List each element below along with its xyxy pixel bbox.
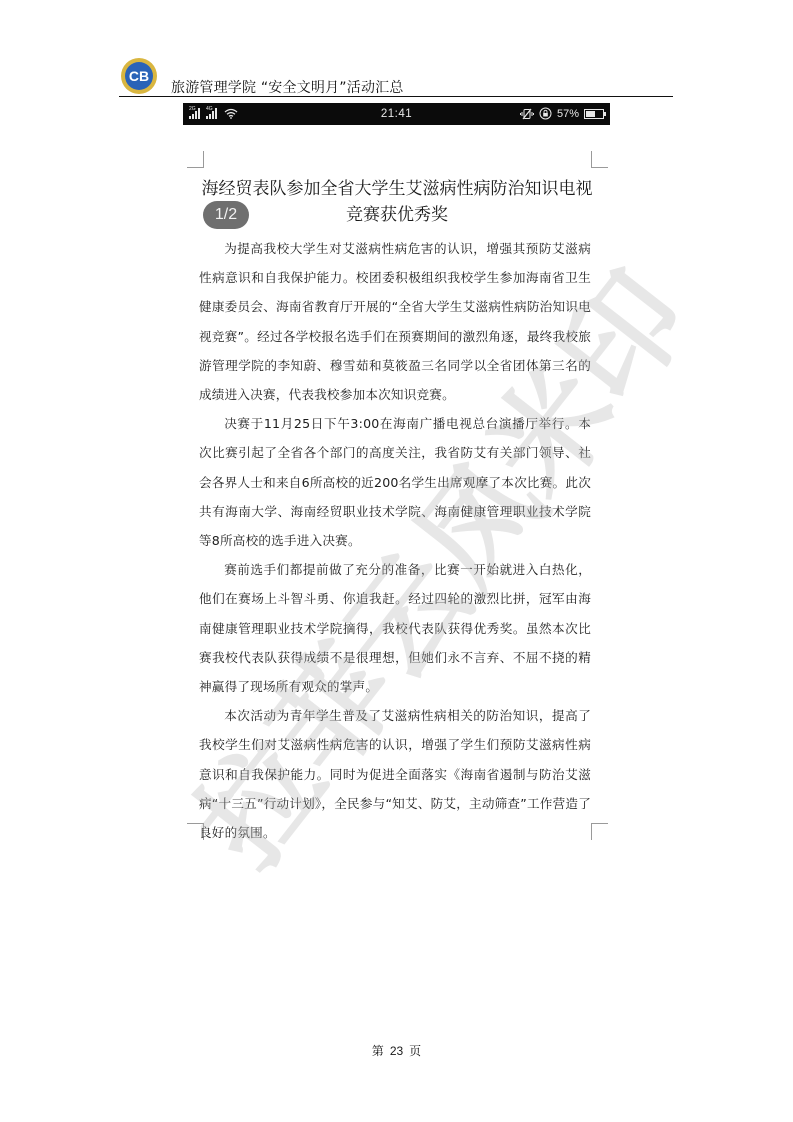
- paragraph-1: 为提高我校大学生对艾滋病性病危害的认识，增强其预防艾滋病性病意识和自我保护能力。…: [199, 234, 591, 409]
- crop-mark-bottom-right: [591, 823, 608, 840]
- battery-level: [586, 111, 595, 117]
- article-title: 海经贸表队参加全省大学生艾滋病性病防治知识电视 竞赛获优秀奖: [197, 176, 597, 228]
- header-divider: [119, 96, 673, 97]
- paragraph-2: 决赛于11月25日下午3:00在海南广播电视总台演播厅举行。本次比赛引起了全省各…: [199, 409, 591, 555]
- paragraph-4: 本次活动为青年学生普及了艾滋病性病相关的防治知识，提高了我校学生们对艾滋病性病危…: [199, 701, 591, 847]
- page-prefix: 第: [372, 1044, 384, 1058]
- page-header-title: 旅游管理学院 “安全文明月”活动汇总: [171, 77, 404, 97]
- crop-mark-top-left: [187, 151, 204, 168]
- battery-icon: [584, 109, 604, 119]
- crop-mark-top-right: [591, 151, 608, 168]
- battery-percent: 57%: [557, 108, 579, 120]
- status-right: 57%: [520, 107, 604, 120]
- phone-screenshot: 2G 4G 21:41: [183, 103, 610, 843]
- school-logo: CB: [121, 58, 157, 94]
- page-number: 23: [390, 1044, 403, 1058]
- paragraph-3: 赛前选手们都提前做了充分的准备，比赛一开始就进入白热化，他们在赛场上斗智斗勇、你…: [199, 555, 591, 701]
- school-logo-emblem: CB: [125, 62, 153, 90]
- page-footer: 第23页: [0, 1042, 793, 1059]
- article-title-line-1: 海经贸表队参加全省大学生艾滋病性病防治知识电视: [197, 176, 597, 202]
- rotation-lock-icon: [539, 107, 552, 120]
- page-indicator-badge: 1/2: [203, 201, 249, 229]
- page-suffix: 页: [409, 1044, 421, 1058]
- article-title-line-2: 竞赛获优秀奖: [197, 202, 597, 228]
- vibrate-off-icon: [520, 108, 534, 120]
- article-body: 为提高我校大学生对艾滋病性病危害的认识，增强其预防艾滋病性病意识和自我保护能力。…: [199, 234, 591, 847]
- status-bar: 2G 4G 21:41: [183, 103, 610, 125]
